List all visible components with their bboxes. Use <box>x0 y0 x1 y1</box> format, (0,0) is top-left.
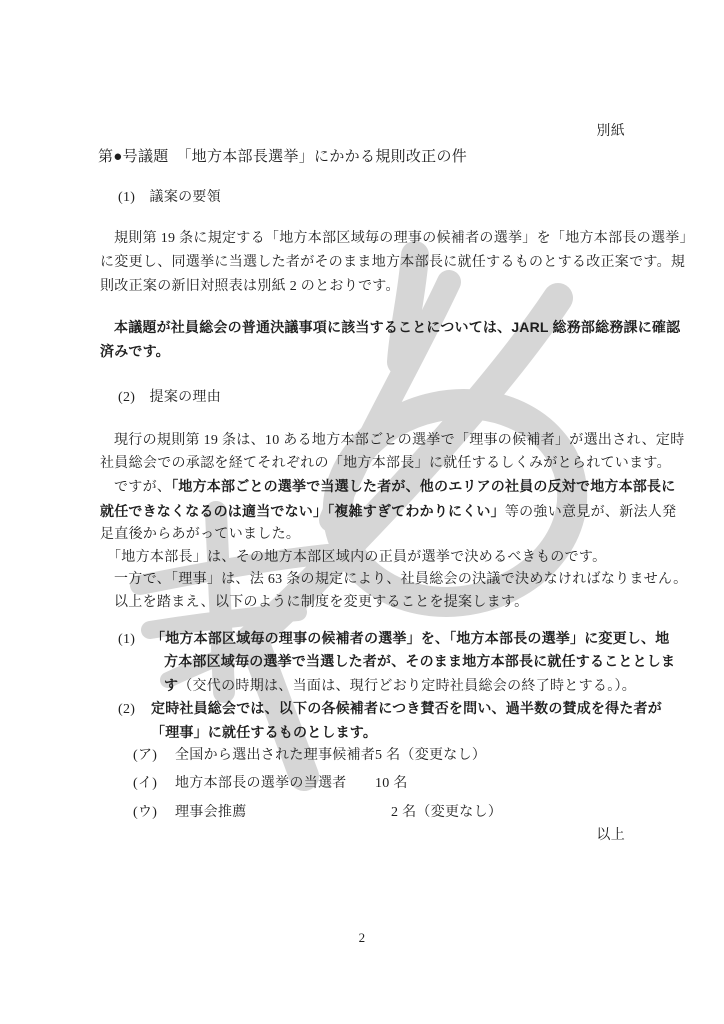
paragraph-line: 以上を踏まえ、以下のように制度を変更することを提案します。 <box>100 592 687 615</box>
emphasized-text-segment: 「地方本部区域毎の理事の候補者の選挙」を、「地方本部長の選挙」に変更し、地 <box>151 630 669 646</box>
paragraph-line: 済みです。 <box>100 339 680 363</box>
list-item-marker: (ア) <box>133 744 175 764</box>
proposal-item-1: (1)「地方本部区域毎の理事の候補者の選挙」を、「地方本部長の選挙」に変更し、地 <box>118 628 669 648</box>
attachment-label: 別紙 <box>596 120 625 140</box>
emphasized-text-segment: 定時社員総会では、以下の各候補者につき賛否を問い、過半数の賛成を得た者が <box>151 700 662 716</box>
paragraph-line: 本議題が社員総会の普通決議事項に該当することについては、JARL 総務部総務課に… <box>100 315 680 339</box>
candidate-label: 全国から選出された理事候補者 <box>175 744 375 764</box>
paragraph-line: 社員総会での承認を経てそれぞれの「地方本部長」に就任するしくみがとられています。 <box>100 453 687 476</box>
document-page: 別紙 第●号議題 「地方本部長選挙」にかかる規則改正の件 (1) 議案の要領 規… <box>0 0 724 1024</box>
text-segment: 等の強い意見が、新法人発 <box>505 505 677 520</box>
paragraph-line: 足直後からあがっていました。 <box>100 524 687 547</box>
candidate-row: (ア)全国から選出された理事候補者5 名（変更なし） <box>133 744 486 764</box>
section2-paragraph: 現行の規則第 19 条は、10 ある地方本部ごとの選挙で「理事の候補者」が選出さ… <box>100 430 687 614</box>
section2-heading: (2) 提案の理由 <box>118 386 221 406</box>
paragraph-line: ですが、「地方本部ごとの選挙で当選した者が、他のエリアの社員の反対で地方本部長に <box>100 475 687 500</box>
proposal-item-1-line3: す（交代の時期は、当面は、現行どおり定時社員総会の終了時とする。）。 <box>164 675 636 695</box>
candidate-label: 地方本部長の選挙の当選者 <box>175 772 375 792</box>
paragraph-line: 規則第 19 条に規定する「地方本部区域毎の理事の候補者の選挙」を「地方本部長の… <box>100 227 694 251</box>
candidate-label: 理事会推薦 <box>175 801 375 821</box>
list-item-marker: (1) <box>118 632 151 648</box>
candidate-row: (イ)地方本部長の選挙の当選者10 名 <box>133 772 408 792</box>
paragraph-line: 「地方本部長」は、その地方本部区域内の正員が選挙で決めるべきものです。 <box>100 547 687 570</box>
candidate-row: (ウ)理事会推薦2 名（変更なし） <box>133 801 502 821</box>
list-item-marker: (イ) <box>133 772 175 792</box>
paragraph-line: 現行の規則第 19 条は、10 ある地方本部ごとの選挙で「理事の候補者」が選出さ… <box>100 430 687 453</box>
emphasized-text-segment: 「地方本部ごとの選挙で当選した者が、他のエリアの社員の反対で地方本部長に <box>171 478 675 494</box>
proposal-item-1-line2: 方本部区域毎の選挙で当選した者が、そのまま地方本部長に就任することとしま <box>164 651 675 671</box>
proposal-item-2: (2)定時社員総会では、以下の各候補者につき賛否を問い、過半数の賛成を得た者が <box>118 698 662 718</box>
list-item-marker: (ウ) <box>133 801 175 821</box>
paragraph-line: 就任できなくなるのは適当でない」「複雑すぎてわかりにくい」等の強い意見が、新法人… <box>100 500 687 525</box>
confirmation-note: 本議題が社員総会の普通決議事項に該当することについては、JARL 総務部総務課に… <box>100 315 680 363</box>
document-title: 第●号議題 「地方本部長選挙」にかかる規則改正の件 <box>98 145 467 166</box>
candidate-count: 10 名 <box>375 776 408 791</box>
emphasized-text-segment: す <box>164 677 178 693</box>
paragraph-line: に変更し、同選挙に当選した者がそのまま地方本部長に就任するものとする改正案です。… <box>100 251 694 275</box>
candidate-count: 2 名（変更なし） <box>375 805 502 820</box>
candidate-count: 5 名（変更なし） <box>375 748 486 763</box>
proposal-item-2-line2: 「理事」に就任するものとします。 <box>151 722 377 742</box>
text-segment: ですが、 <box>114 480 171 495</box>
section1-heading: (1) 議案の要領 <box>118 186 221 206</box>
section1-paragraph: 規則第 19 条に規定する「地方本部区域毎の理事の候補者の選挙」を「地方本部長の… <box>100 227 694 299</box>
list-item-marker: (2) <box>118 702 151 718</box>
page-number: 2 <box>0 930 724 946</box>
text-segment: （交代の時期は、当面は、現行どおり定時社員総会の終了時とする。）。 <box>178 679 636 694</box>
emphasized-text-segment: 就任できなくなるのは適当でない」「複雑すぎてわかりにくい」 <box>100 503 505 519</box>
paragraph-line: 一方で、「理事」は、法 63 条の規定により、社員総会の決議で決めなければなりま… <box>100 569 687 592</box>
paragraph-line: 則改正案の新旧対照表は別紙 2 のとおりです。 <box>100 275 694 299</box>
closing-label: 以上 <box>596 824 625 844</box>
